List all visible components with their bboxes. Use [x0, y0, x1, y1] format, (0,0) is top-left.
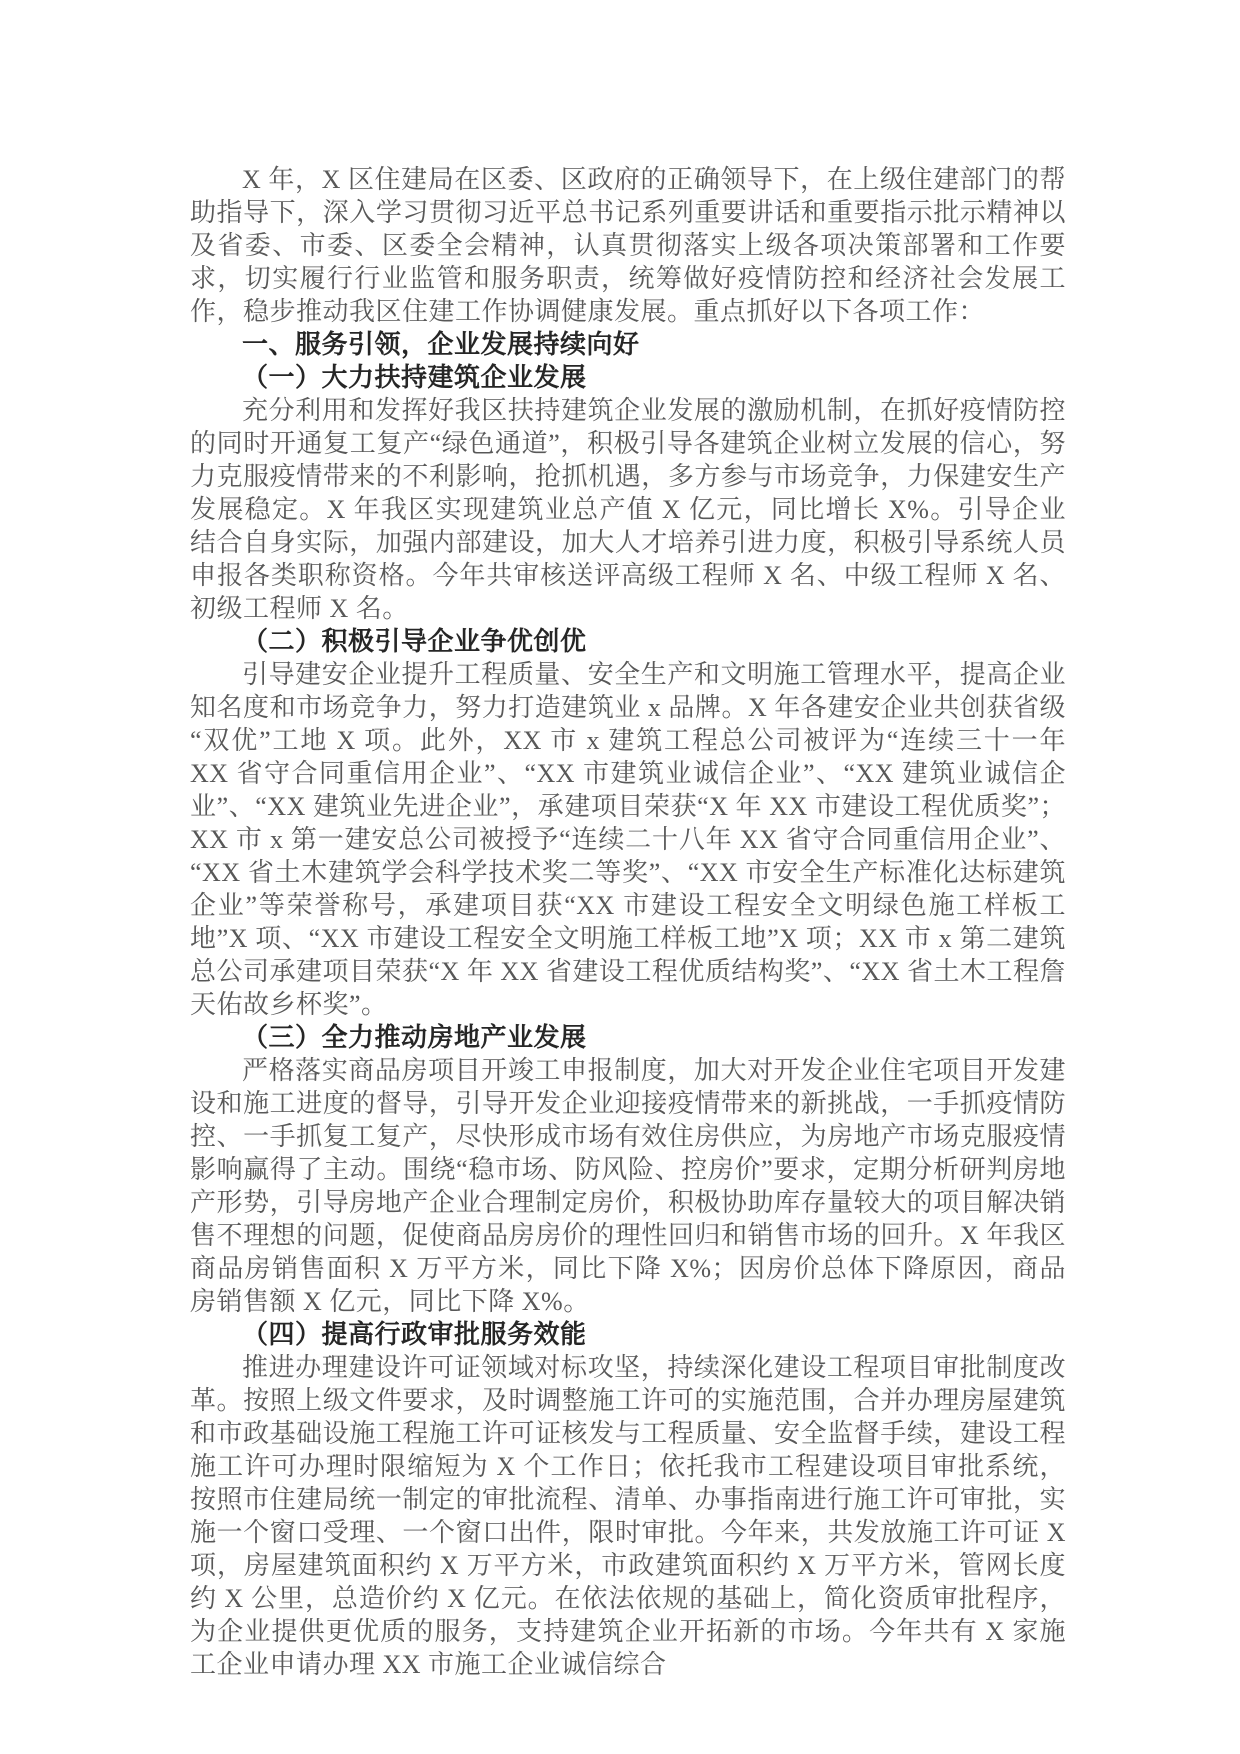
- paragraph-sub-3: 严格落实商品房项目开竣工申报制度，加大对开发企业住宅项目开发建设和施工进度的督导…: [190, 1054, 1066, 1318]
- heading-sub-1: （一）大力扶持建筑企业发展: [190, 361, 1066, 394]
- heading-sub-4: （四）提高行政审批服务效能: [190, 1318, 1066, 1351]
- document-content: X 年，X 区住建局在区委、区政府的正确领导下，在上级住建部门的帮助指导下，深入…: [190, 163, 1066, 1681]
- paragraph-sub-2: 引导建安企业提升工程质量、安全生产和文明施工管理水平，提高企业知名度和市场竞争力…: [190, 658, 1066, 1021]
- paragraph-intro: X 年，X 区住建局在区委、区政府的正确领导下，在上级住建部门的帮助指导下，深入…: [190, 163, 1066, 328]
- paragraph-sub-1: 充分利用和发挥好我区扶持建筑企业发展的激励机制，在抓好疫情防控的同时开通复工复产…: [190, 394, 1066, 625]
- document-page: X 年，X 区住建局在区委、区政府的正确领导下，在上级住建部门的帮助指导下，深入…: [0, 0, 1240, 1754]
- heading-section-1: 一、服务引领，企业发展持续向好: [190, 328, 1066, 361]
- paragraph-sub-4: 推进办理建设许可证领域对标攻坚，持续深化建设工程项目审批制度改革。按照上级文件要…: [190, 1351, 1066, 1681]
- heading-sub-2: （二）积极引导企业争优创优: [190, 625, 1066, 658]
- heading-sub-3: （三）全力推动房地产业发展: [190, 1021, 1066, 1054]
